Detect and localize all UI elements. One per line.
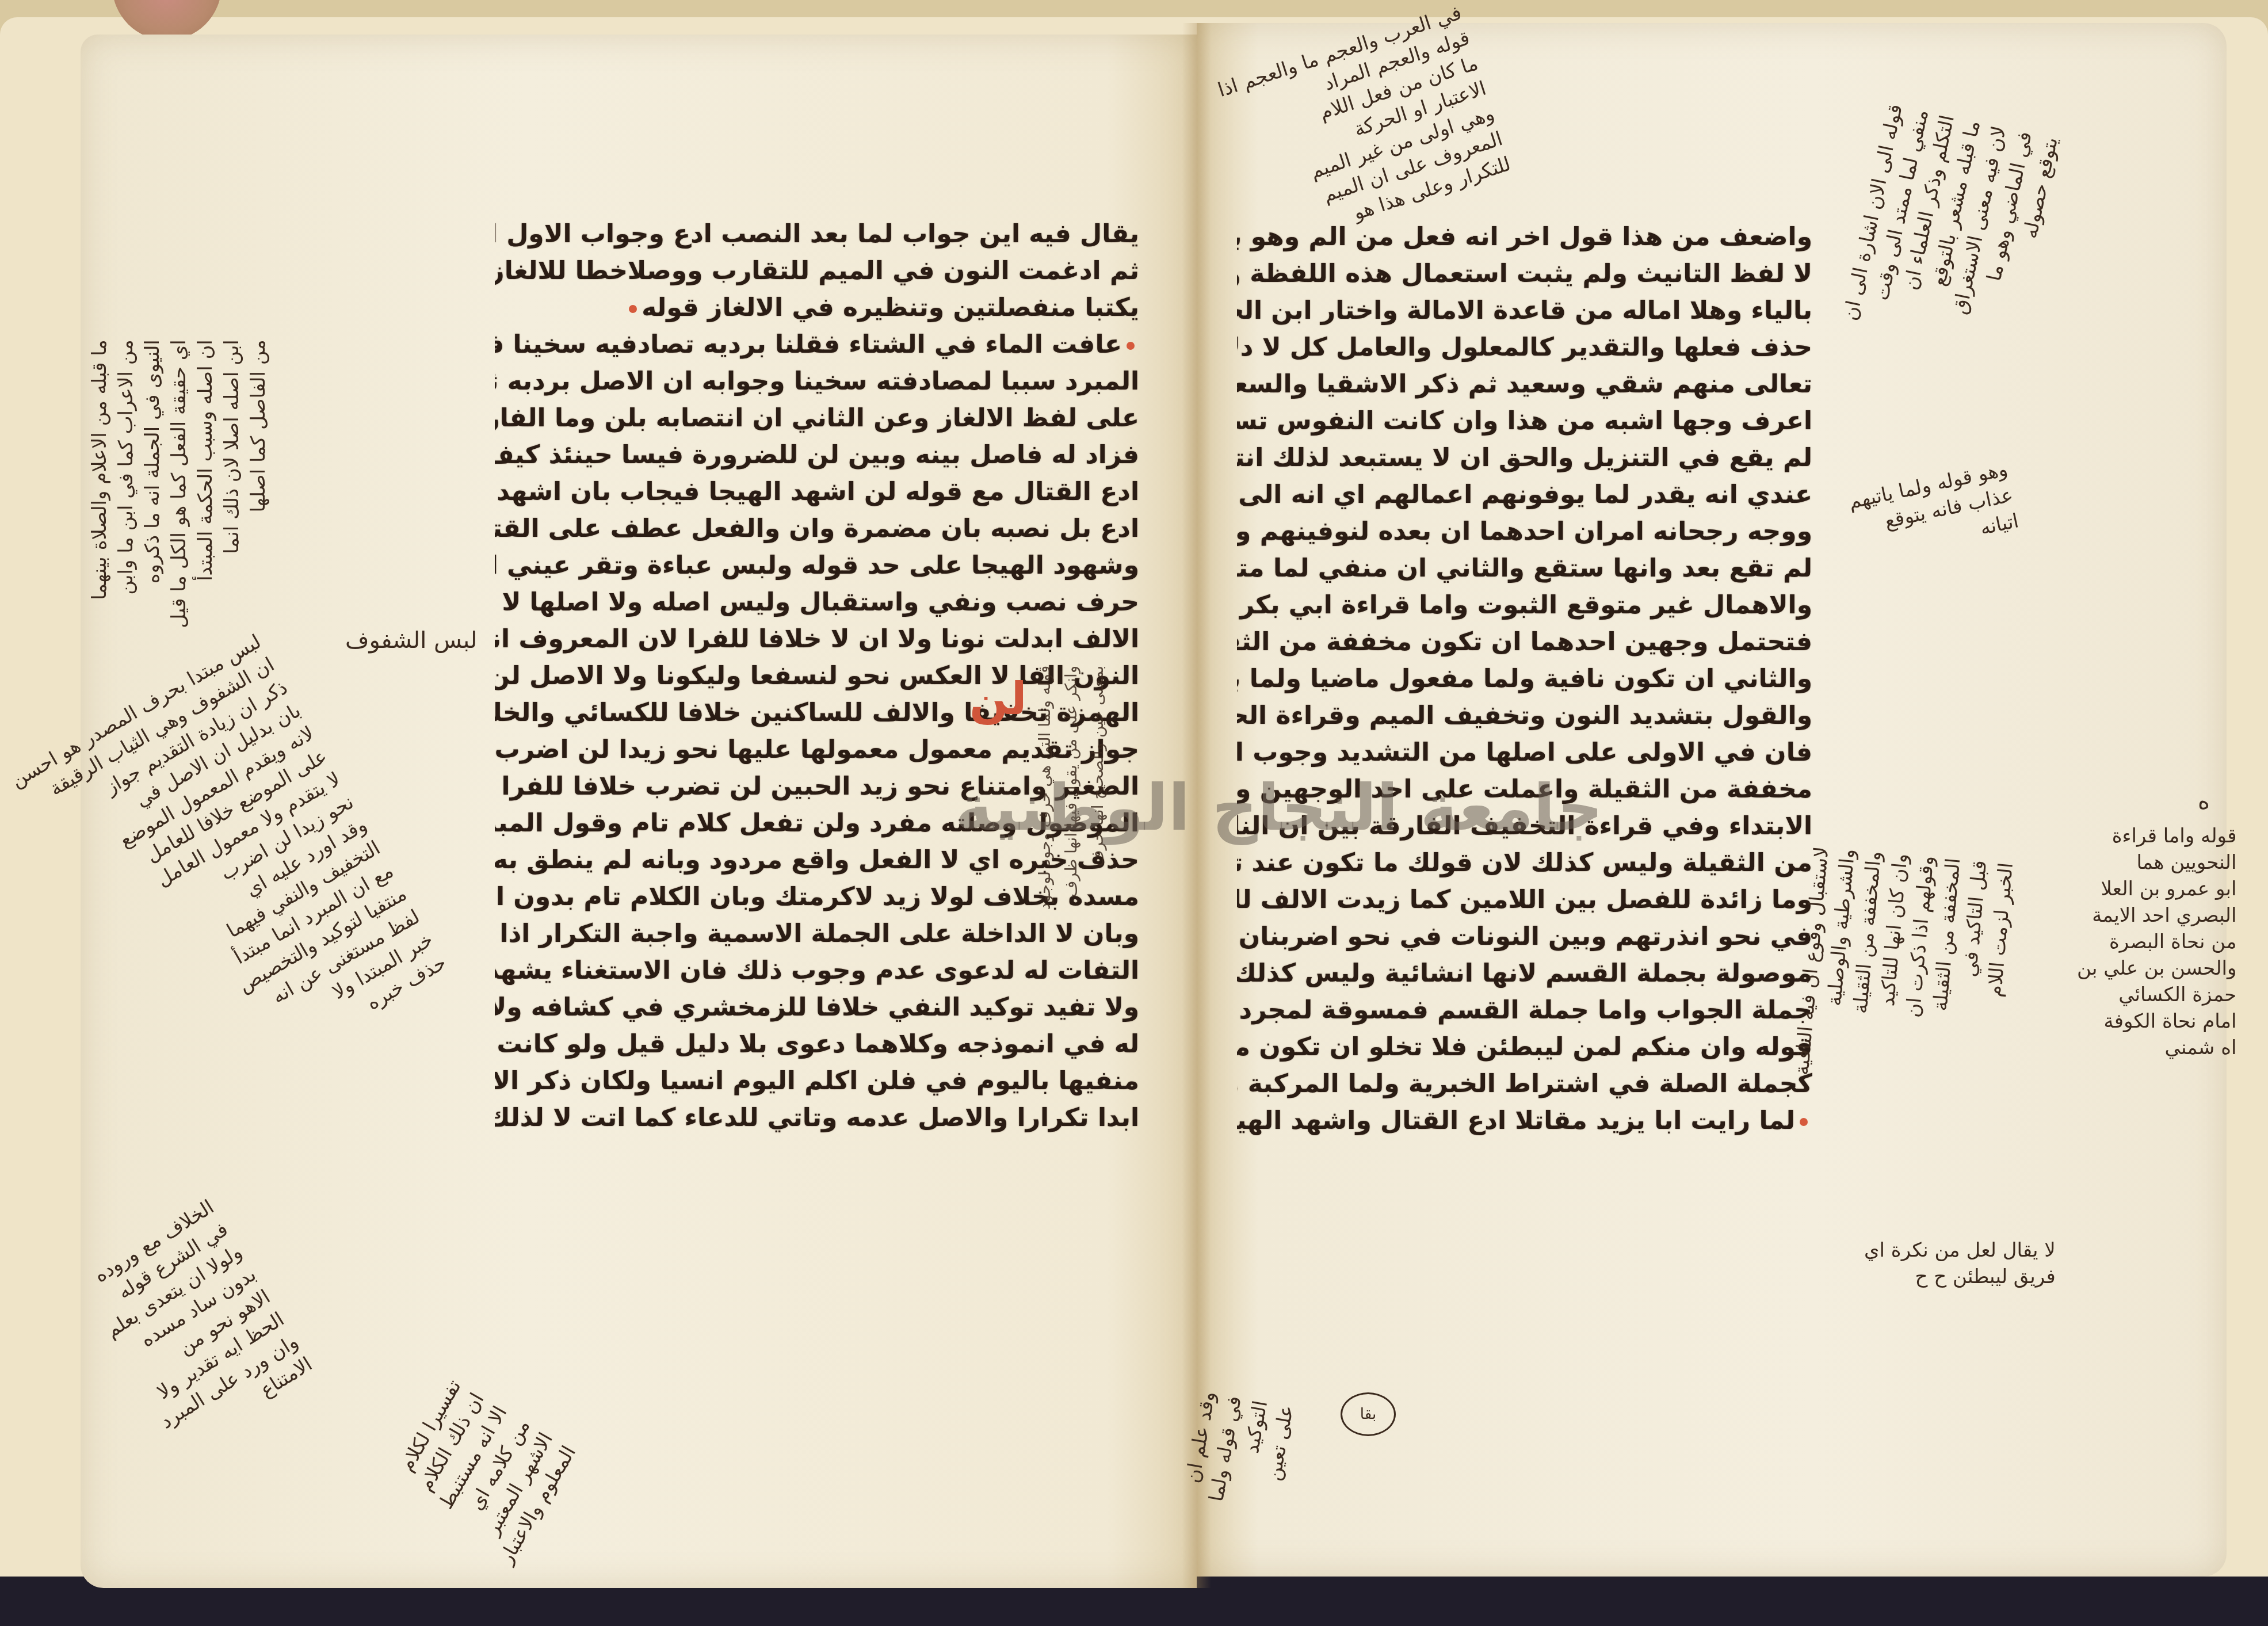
text-line: له في انموذجه وكلاهما دعوى بلا دليل قيل … — [495, 1026, 1139, 1063]
margin-note-upper-left: ما قبله من الاعلام والصلاة بينهما من الا… — [86, 339, 272, 628]
text-line: كجملة الصلة في اشتراط الخبرية ولما المرك… — [1237, 1066, 1812, 1102]
circled-annotation: بقا — [1341, 1392, 1396, 1436]
rubric-dot — [629, 305, 637, 313]
text-line: وما زائدة للفصل بين اللامين كما زيدت الا… — [1237, 881, 1812, 918]
text-line: وشهود الهيجا على حد قوله ولبس عباءة وتقر… — [495, 547, 1139, 584]
text-line: موصولة بجملة القسم لانها انشائية وليس كذ… — [1237, 955, 1812, 992]
text-line: بالياء وهلا اماله من قاعدة الامالة واختا… — [1237, 292, 1812, 329]
margin-label-lbs-shufuf: لبس الشفوف — [345, 627, 477, 654]
text-line: عافت الماء في الشتاء فقلنا برديه تصادفيه… — [495, 326, 1139, 363]
text-line: التفات له لدعوى عدم وجوب ذلك فان الاستغن… — [495, 952, 1139, 989]
text-line: على لفظ الالغاز وعن الثاني ان انتصابه بل… — [495, 400, 1139, 437]
text-line: الالف ابدلت نونا ولا ان لا خلافا للفرا ل… — [495, 621, 1139, 658]
right-page-main-text: واضعف من هذا قول اخر انه فعل من الم وهو … — [1237, 219, 1812, 1139]
text-line: لم تقع بعد وانها ستقع والثاني ان منفي لم… — [1237, 550, 1812, 587]
text-line: ادع القتال مع قوله لن اشهد الهيجا فيجاب … — [495, 474, 1139, 510]
text-line: عندي انه يقدر لما يوفونهم اعمالهم اي انه… — [1237, 476, 1812, 513]
text-line: ثم ادغمت النون في الميم للتقارب ووصلاخطا… — [495, 253, 1139, 289]
text-line: المبرد سببا لمصادفته سخينا وجوابه ان الا… — [495, 363, 1139, 400]
text-line: قوله وان منكم لمن ليبطئن فلا تخلو ان تكو… — [1237, 1029, 1812, 1066]
text-line: والقول بتشديد النون وتخفيف الميم وقراءة … — [1237, 697, 1812, 734]
text-line: لم يقع في التنزيل والحق ان لا يستبعد لذل… — [1237, 440, 1812, 476]
margin-note-far-right: قوله واما قراءة النحويين هما ابو عمرو بن… — [2077, 823, 2236, 1061]
margin-note-below-column: لا يقال لعل من نكرة اي فريق ليبطئن ح ح — [1864, 1237, 2056, 1290]
text-line: تعالى منهم شقي وسعيد ثم ذكر الاشقيا والس… — [1237, 366, 1812, 403]
text-line: لما رايت ابا يزيد مقاتلا ادع القتال واشه… — [1237, 1102, 1812, 1139]
text-line: فتحتمل وجهين احدهما ان تكون مخففة من الث… — [1237, 624, 1812, 661]
text-line: لا لفظ التانيث ولم يثبت استعمال هذه اللف… — [1237, 255, 1812, 292]
rubric-lan: لن — [969, 673, 1026, 725]
text-line: فان في الاولى على اصلها من التشديد وجوب … — [1237, 734, 1812, 771]
text-line: اعرف وجها اشبه من هذا وان كانت النفوس تس… — [1237, 403, 1812, 440]
text-line: ولا تفيد توكيد النفي خلافا للزمخشري في ك… — [495, 989, 1139, 1026]
text-line: في نحو انذرتهم وبين النونات في نحو اضربن… — [1237, 918, 1812, 955]
margin-note-center-right-column: لاستقبال وقوع ان فيه النافية والشرطية وا… — [1789, 845, 2019, 1092]
text-line: ادع بل نصبه بان مضمرة وان والفعل عطف على… — [495, 510, 1139, 547]
margin-marker-ha: ه — [2198, 788, 2210, 815]
margin-note-bottom-right: وقد علم ان في قوله ولما التوكيد على تعين — [1177, 1390, 1300, 1513]
text-line: والثاني ان تكون نافية ولما مفعول ماضيا و… — [1237, 661, 1812, 697]
text-line: ابدا تكرارا والاصل عدمه وتاتي للدعاء كما… — [495, 1100, 1139, 1136]
rubric-dot — [1800, 1118, 1808, 1126]
text-line: يكتبا منفصلتين وتنظيره في الالغاز قوله — [495, 289, 1139, 326]
text-line: حذف فعلها والتقدير كالمعلول والعامل كل ل… — [1237, 329, 1812, 366]
text-line: والاهمال غير متوقع الثبوت واما قراءة ابي… — [1237, 587, 1812, 624]
university-watermark: جامعة النجاح الوطنية — [955, 771, 1603, 845]
text-line: فزاد له فاصل بينه وبين لن للضرورة فيسا ح… — [495, 437, 1139, 474]
text-line: حرف نصب ونفي واستقبال وليس اصله ولا اصله… — [495, 584, 1139, 621]
text-line: يقال فيه اين جواب لما بعد النصب ادع وجوا… — [495, 216, 1139, 253]
text-line: ووجه رجحانه امران احدهما ان بعده لنوفينه… — [1237, 513, 1812, 550]
text-line: منفيها باليوم في فلن اكلم اليوم انسيا ول… — [495, 1063, 1139, 1100]
text-line: من الثقيلة وليس كذلك لان قولك ما تكون عن… — [1237, 845, 1812, 881]
text-line: جملة الجواب واما جملة القسم فمسوقة لمجرد… — [1237, 992, 1812, 1029]
rubric-dot — [1127, 342, 1135, 350]
text-line: وبان لا الداخلة على الجملة الاسمية واجبة… — [495, 915, 1139, 952]
